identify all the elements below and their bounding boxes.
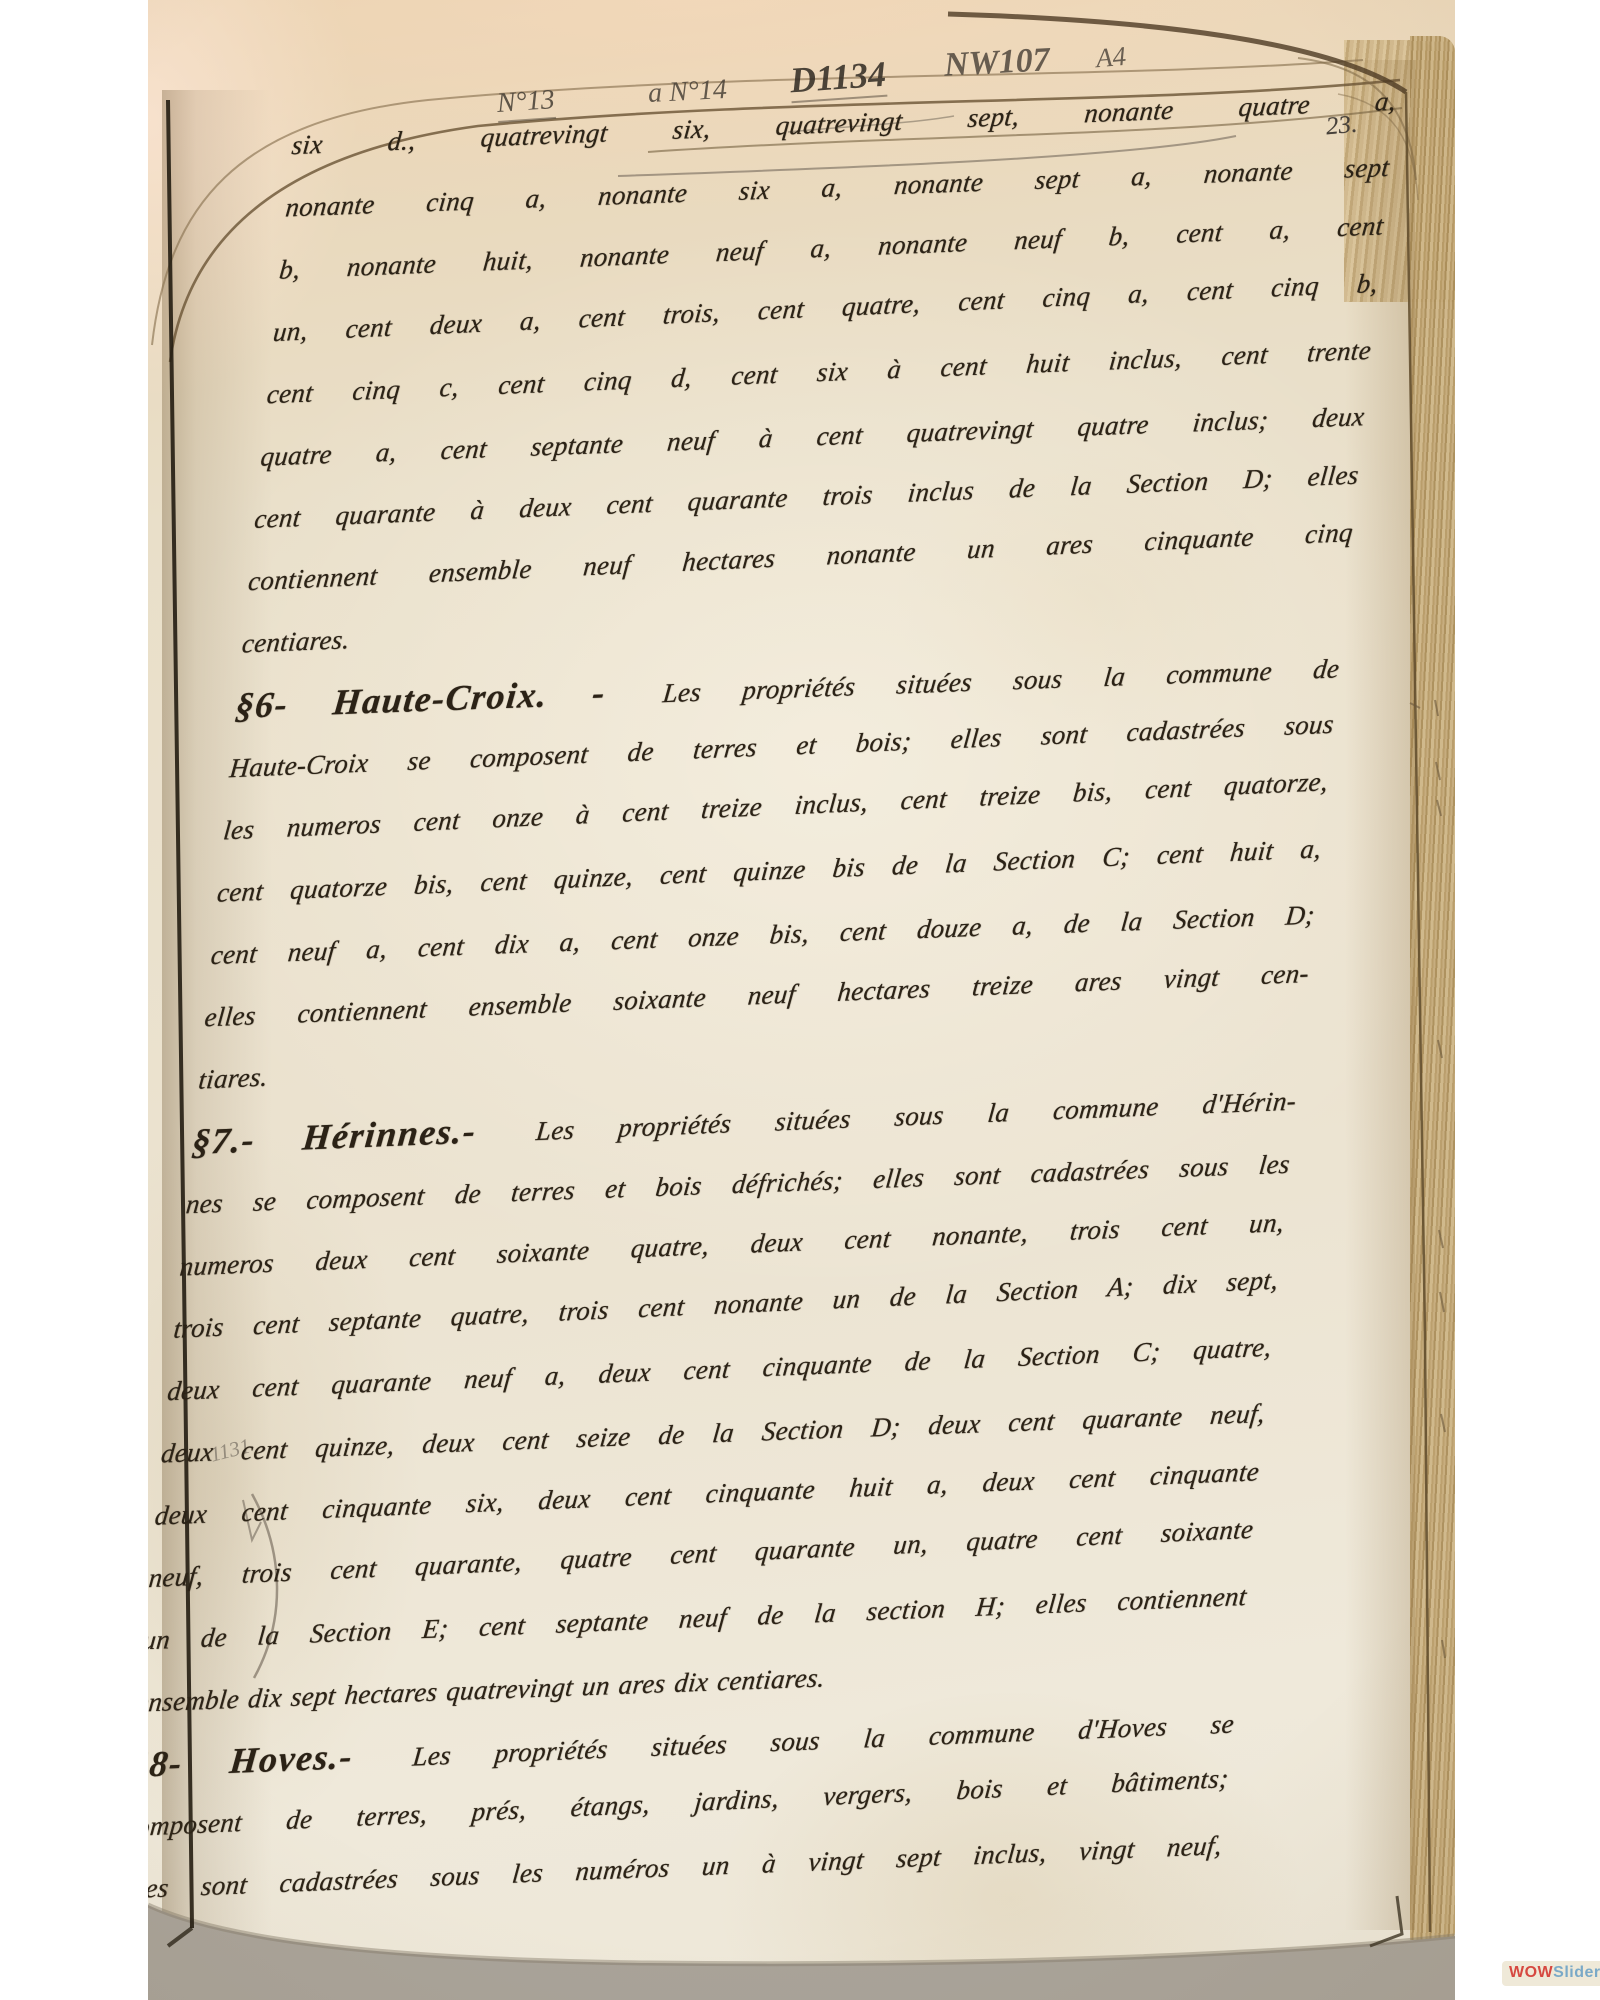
wowslider-watermark[interactable]: WOWSlider: [1502, 1961, 1600, 1986]
photo-of-manuscript-page: N°13 a N°14 D1134 NW107 A4 23. 1131 six …: [0, 0, 1600, 2000]
watermark-brand-primary: WOW: [1509, 1964, 1553, 1981]
book-photo: N°13 a N°14 D1134 NW107 A4 23. 1131 six …: [148, 0, 1455, 2000]
photo-vignette: [148, 0, 1455, 2000]
watermark-brand-secondary: Slider: [1553, 1964, 1600, 1981]
